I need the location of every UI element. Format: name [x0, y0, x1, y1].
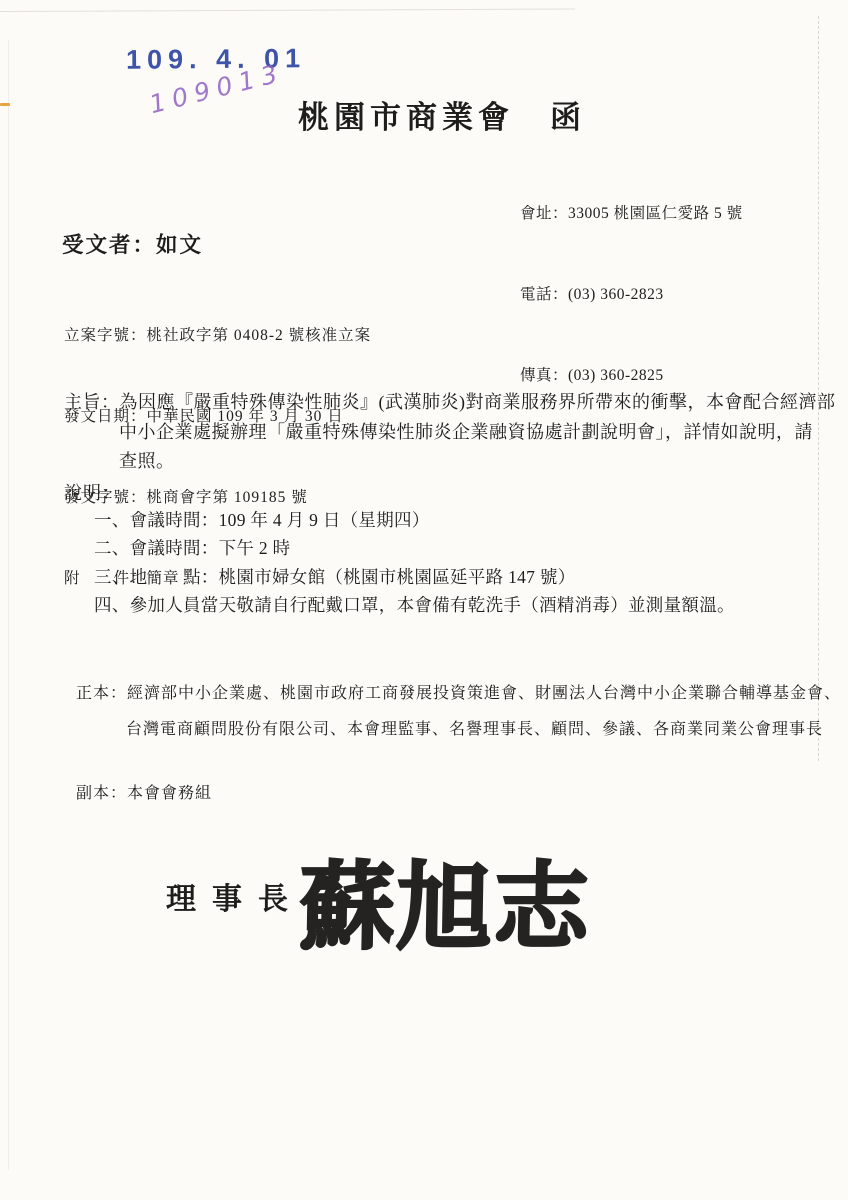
- explanation-item-4: 四、參加人員當天敬請自行配戴口罩，本會備有乾洗手（酒精消毒）並測量額溫。: [94, 591, 806, 619]
- primary-recipients-text: 經濟部中小企業處、桃園市政府工商發展投資策進會、財團法人台灣中小企業聯合輔導基金…: [126, 685, 841, 738]
- explanation-item-2: 二、會議時間：下午 2 時: [94, 534, 806, 562]
- subject-paragraph: 主旨：為因應『嚴重特殊傳染性肺炎』(武漢肺炎)對商業服務界所帶來的衝擊，本會配合…: [64, 388, 847, 477]
- scan-artifact-orange-mark: [0, 103, 10, 106]
- sender-phone: 電話：(03) 360-2823: [520, 281, 743, 308]
- signature-title: 理事長: [166, 874, 304, 918]
- explanation-list: 一、會議時間：109 年 4 月 9 日（星期四） 二、會議時間：下午 2 時 …: [94, 506, 806, 619]
- carbon-copy-label: 副本：: [76, 785, 127, 802]
- primary-recipients-label: 正本：: [76, 685, 127, 702]
- subject-label: 主旨：: [64, 392, 120, 412]
- scan-artifact-top-line: [0, 8, 575, 12]
- recipient-line: 受文者：如文: [62, 228, 203, 259]
- scanned-letter-page: 109. 4. 01 109013 桃園市商業會 函 會址：33005 桃園區仁…: [0, 0, 848, 1200]
- explanation-label: 說明：: [64, 479, 121, 505]
- registration-number: 立案字號：桃社政字第 0408-2 號核准立案: [64, 322, 371, 349]
- sender-address: 會址：33005 桃園區仁愛路 5 號: [520, 200, 743, 227]
- chairman-signature: 蘇旭志: [299, 832, 592, 968]
- explanation-item-3: 三、地 點：桃園市婦女館（桃園市桃園區延平路 147 號）: [94, 563, 806, 591]
- sender-fax: 傳真：(03) 360-2825: [520, 362, 743, 389]
- document-title: 桃園市商業會 函: [298, 92, 586, 137]
- scan-artifact-left-line: [8, 40, 9, 1170]
- carbon-copy-text: 本會會務組: [127, 785, 212, 802]
- explanation-item-1: 一、會議時間：109 年 4 月 9 日（星期四）: [94, 506, 806, 534]
- carbon-copy-line: 副本：本會會務組: [76, 780, 212, 803]
- primary-recipients-paragraph: 正本：經濟部中小企業處、桃園市政府工商發展投資策進會、財團法人台灣中小企業聯合輔…: [76, 676, 848, 748]
- subject-text: 為因應『嚴重特殊傳染性肺炎』(武漢肺炎)對商業服務界所帶來的衝擊，本會配合經濟部…: [119, 392, 835, 471]
